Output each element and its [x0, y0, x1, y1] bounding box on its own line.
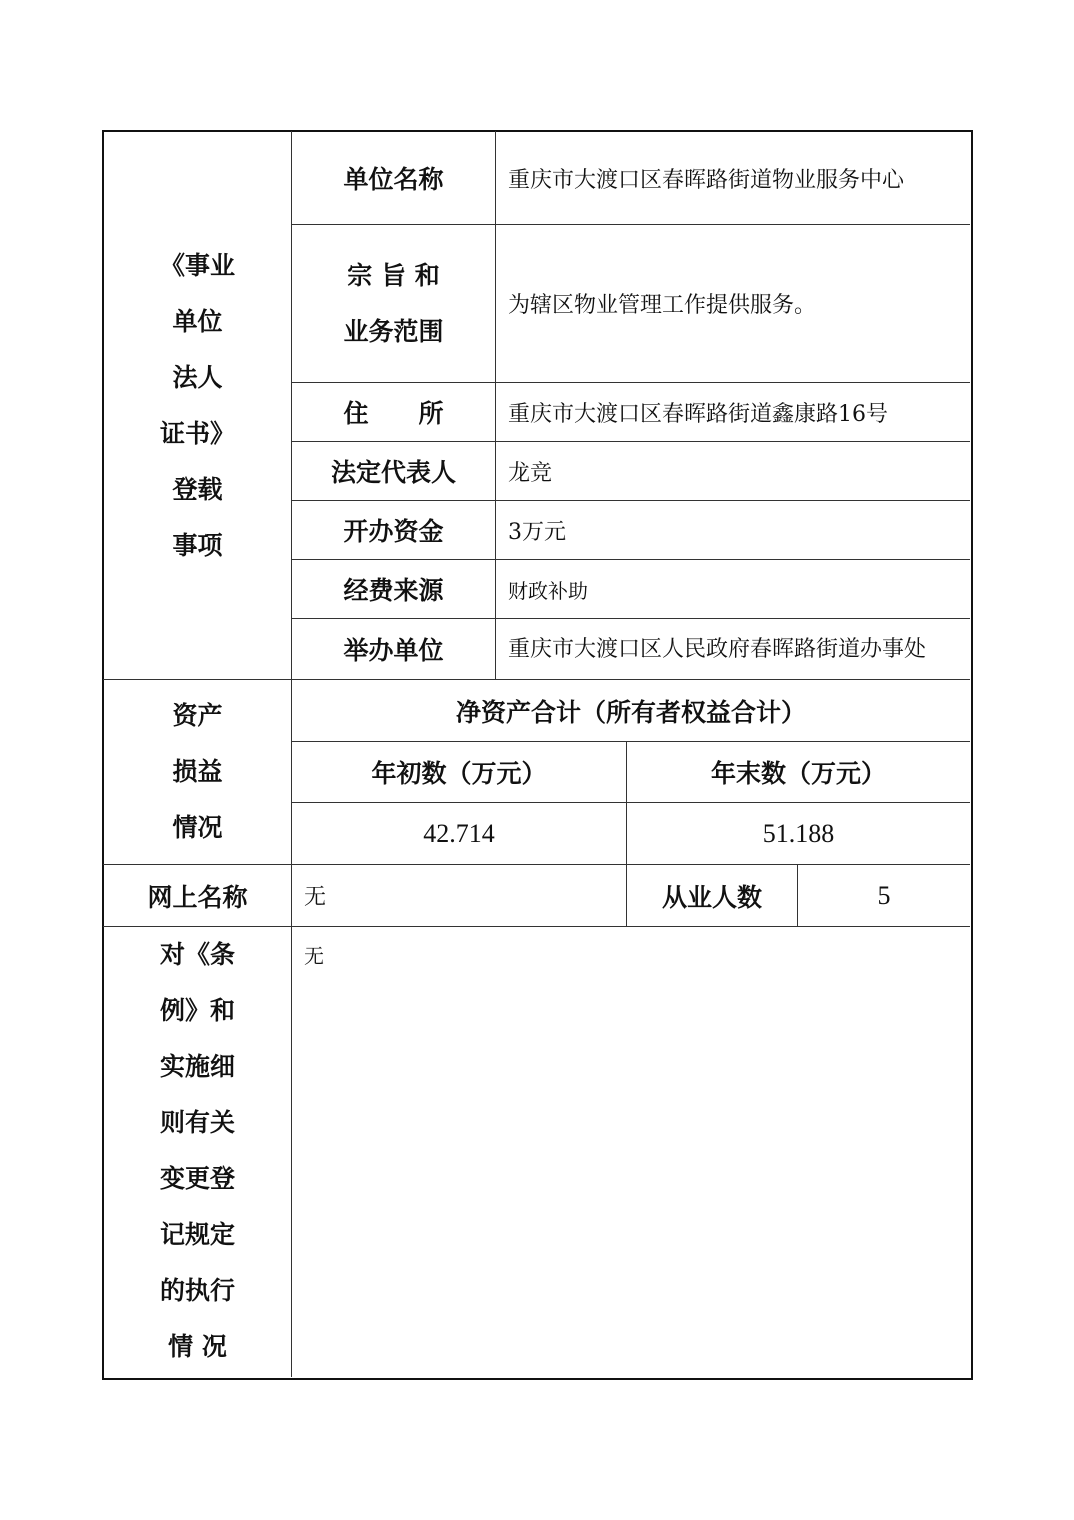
label-line: 宗 旨 和: [347, 248, 439, 304]
label-line: 例》和: [160, 983, 235, 1039]
label-line: 变更登: [160, 1151, 235, 1207]
unit-name-value: 重庆市大渡口区春晖路街道物业服务中心: [496, 132, 970, 224]
online-name-label: 网上名称: [104, 865, 291, 926]
label-line: 业务范围: [343, 304, 443, 360]
label-line: 对《条: [160, 927, 235, 983]
label-line: 证书》: [160, 406, 235, 462]
begin-year-header: 年初数（万元）: [292, 742, 626, 802]
legal-representative-value: 龙竞: [496, 442, 970, 500]
net-assets-header: 净资产合计（所有者权益合计）: [292, 680, 970, 741]
staff-count-label: 从业人数: [627, 865, 797, 926]
purpose-scope-value: 为辖区物业管理工作提供服务。: [496, 225, 970, 382]
label-line: 单位: [172, 294, 222, 350]
begin-year-value: 42.714: [292, 803, 626, 864]
sponsor-unit-label: 举办单位: [292, 619, 495, 679]
label-line: 损益: [172, 744, 222, 800]
label-line: 则有关: [160, 1095, 235, 1151]
address-value: 重庆市大渡口区春晖路街道鑫康路16号: [496, 383, 970, 441]
startup-funds-label: 开办资金: [292, 501, 495, 559]
label-line: 资产: [172, 688, 222, 744]
label-line: 情 况: [168, 1319, 227, 1375]
funding-source-label: 经费来源: [292, 560, 495, 618]
purpose-scope-label: 宗 旨 和 业务范围: [292, 225, 495, 382]
regulation-compliance-value: 无: [292, 940, 970, 970]
legal-representative-label: 法定代表人: [292, 442, 495, 500]
label-line: 事项: [172, 518, 222, 574]
label-line: 情况: [172, 800, 222, 856]
label-line: 记规定: [160, 1207, 235, 1263]
regulation-compliance-label: 对《条 例》和 实施细 则有关 变更登 记规定 的执行 情 况: [104, 927, 291, 1376]
staff-count-value: 5: [798, 865, 970, 926]
end-year-value: 51.188: [627, 803, 970, 864]
assets-label: 资产 损益 情况: [104, 680, 291, 864]
online-name-value: 无: [292, 865, 626, 926]
label-line: 《事业: [160, 238, 235, 294]
sponsor-unit-value: 重庆市大渡口区人民政府春晖路街道办事处: [496, 619, 970, 679]
certificate-items-label: 《事业 单位 法人 证书》 登载 事项: [104, 132, 291, 679]
address-label: 住 所: [292, 383, 495, 441]
funding-source-value: 财政补助: [496, 560, 970, 618]
label-line: 登载: [172, 462, 222, 518]
label-line: 法人: [172, 350, 222, 406]
label-line: 的执行: [160, 1263, 235, 1319]
startup-funds-value: 3万元: [496, 501, 970, 559]
label-line: 实施细: [160, 1039, 235, 1095]
end-year-header: 年末数（万元）: [627, 742, 970, 802]
unit-name-label: 单位名称: [292, 132, 495, 224]
